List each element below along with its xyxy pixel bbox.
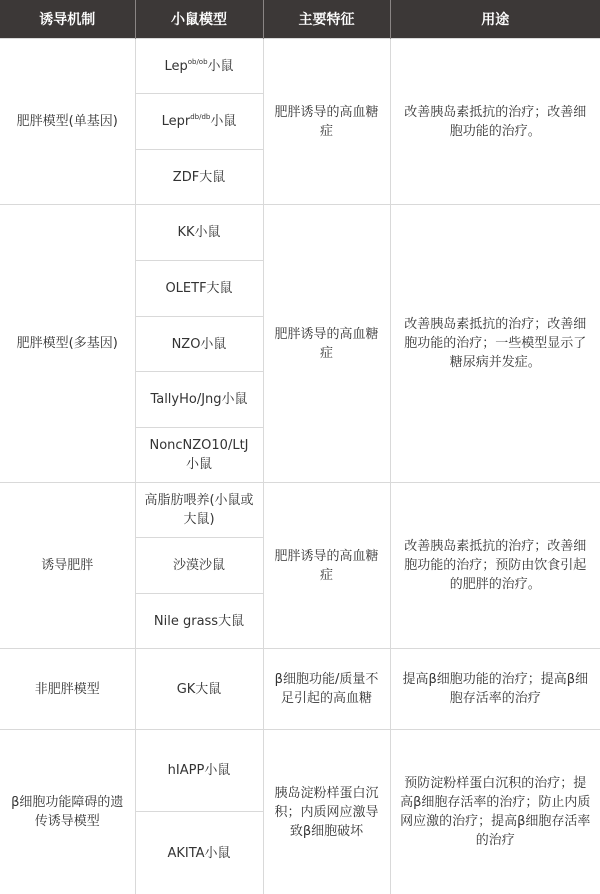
usage-cell: 提高β细胞功能的治疗；提高β细胞存活率的治疗 (390, 649, 600, 730)
model-cell: TallyHo/Jng小鼠 (135, 372, 263, 428)
diabetes-models-table: 诱导机制 小鼠模型 主要特征 用途 肥胖模型(单基因) Lepob/ob小鼠 肥… (0, 0, 600, 894)
header-mechanism: 诱导机制 (0, 0, 135, 39)
feature-cell: 肥胖诱导的高血糖症 (263, 205, 390, 483)
usage-cell: 改善胰岛素抵抗的治疗；改善细胞功能的治疗；一些模型显示了糖尿病并发症。 (390, 205, 600, 483)
header-row: 诱导机制 小鼠模型 主要特征 用途 (0, 0, 600, 39)
model-cell: Leprdb/db小鼠 (135, 94, 263, 150)
model-cell: hIAPP小鼠 (135, 730, 263, 812)
model-cell: 高脂肪喂养(小鼠或大鼠) (135, 483, 263, 538)
feature-cell: 胰岛淀粉样蛋白沉积；内质网应激导致β细胞破坏 (263, 730, 390, 894)
model-cell: Lepob/ob小鼠 (135, 39, 263, 94)
mechanism-cell: 肥胖模型(单基因) (0, 39, 135, 205)
model-cell: GK大鼠 (135, 649, 263, 730)
model-cell: KK小鼠 (135, 205, 263, 261)
table-row: β细胞功能障碍的遗传诱导模型 hIAPP小鼠 胰岛淀粉样蛋白沉积；内质网应激导致… (0, 730, 600, 812)
header-usage: 用途 (390, 0, 600, 39)
usage-cell: 改善胰岛素抵抗的治疗；改善细胞功能的治疗。 (390, 39, 600, 205)
mechanism-cell: 诱导肥胖 (0, 483, 135, 649)
usage-cell: 预防淀粉样蛋白沉积的治疗；提高β细胞存活率的治疗；防止内质网应激的治疗；提高β细… (390, 730, 600, 894)
model-cell: Nile grass大鼠 (135, 594, 263, 649)
model-cell: AKITA小鼠 (135, 812, 263, 894)
mechanism-cell: β细胞功能障碍的遗传诱导模型 (0, 730, 135, 894)
feature-cell: 肥胖诱导的高血糖症 (263, 39, 390, 205)
model-cell: NZO小鼠 (135, 317, 263, 372)
usage-cell: 改善胰岛素抵抗的治疗；改善细胞功能的治疗；预防由饮食引起的肥胖的治疗。 (390, 483, 600, 649)
table-row: 肥胖模型(多基因) KK小鼠 肥胖诱导的高血糖症 改善胰岛素抵抗的治疗；改善细胞… (0, 205, 600, 261)
feature-cell: 肥胖诱导的高血糖症 (263, 483, 390, 649)
model-cell: OLETF大鼠 (135, 261, 263, 317)
model-cell: ZDF大鼠 (135, 150, 263, 205)
mechanism-cell: 肥胖模型(多基因) (0, 205, 135, 483)
model-cell: 沙漠沙鼠 (135, 538, 263, 594)
table-row: 非肥胖模型 GK大鼠 β细胞功能/质量不足引起的高血糖 提高β细胞功能的治疗；提… (0, 649, 600, 730)
header-model: 小鼠模型 (135, 0, 263, 39)
header-feature: 主要特征 (263, 0, 390, 39)
mechanism-cell: 非肥胖模型 (0, 649, 135, 730)
table-row: 肥胖模型(单基因) Lepob/ob小鼠 肥胖诱导的高血糖症 改善胰岛素抵抗的治… (0, 39, 600, 94)
model-cell: NoncNZO10/LtJ小鼠 (135, 428, 263, 483)
feature-cell: β细胞功能/质量不足引起的高血糖 (263, 649, 390, 730)
table-row: 诱导肥胖 高脂肪喂养(小鼠或大鼠) 肥胖诱导的高血糖症 改善胰岛素抵抗的治疗；改… (0, 483, 600, 538)
